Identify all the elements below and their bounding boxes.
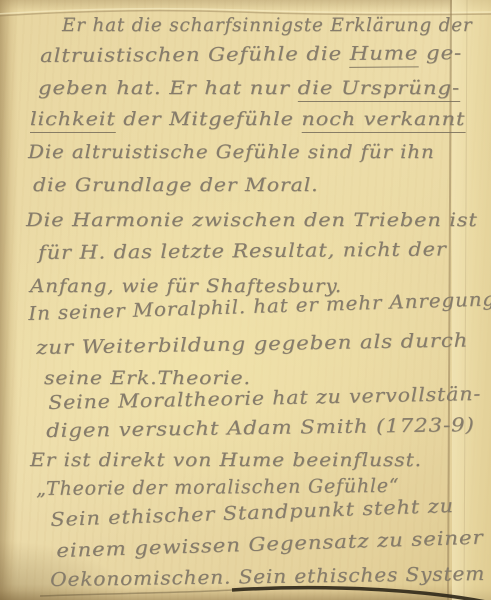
text-segment: geben hat. Er hat nur [38, 77, 298, 99]
manuscript-page: Er hat die scharfsinnigste Erklärung der… [0, 0, 491, 600]
underlined-word: lichkeit [30, 108, 116, 133]
manuscript-line-17: Sein ethischer Standpunkt steht zu [50, 495, 454, 531]
manuscript-line-2: altruistischen Gefühle die Hume ge- [40, 42, 462, 67]
text-segment: Er ist direkt von Hume beeinflusst. [30, 449, 422, 471]
paper-left-edge-shading [0, 0, 18, 600]
manuscript-line-6: die Grundlage der Moral. [33, 174, 319, 196]
manuscript-line-8: für H. das letzte Resultat, nicht der [38, 238, 447, 264]
manuscript-line-18: einem gewissen Gegensatz zu seiner [56, 527, 484, 562]
text-segment: Die altruistische Gefühle sind für ihn [28, 141, 435, 163]
text-segment: Die Harmonie zwischen den Trieben ist [26, 209, 478, 231]
text-segment: einem gewissen Gegensatz zu seiner [56, 527, 484, 562]
underlined-word: Hume [350, 42, 419, 67]
text-segment: der Mitgefühle [116, 108, 302, 130]
manuscript-line-7: Die Harmonie zwischen den Trieben ist [26, 209, 478, 231]
manuscript-line-11: zur Weiterbildung gegeben als durch [36, 329, 468, 359]
text-segment: ge- [418, 42, 462, 64]
text-segment: Er hat die scharfsinnigste Erklärung der [62, 14, 472, 36]
manuscript-line-5: Die altruistische Gefühle sind für ihn [28, 141, 435, 163]
manuscript-line-12: seine Erk.Theorie. [44, 367, 251, 389]
text-segment: für H. das letzte Resultat, nicht der [38, 238, 447, 264]
underlined-word: noch verkannt [301, 108, 465, 133]
manuscript-line-1: Er hat die scharfsinnigste Erklärung der [62, 14, 472, 36]
text-segment: seine Erk.Theorie. [44, 367, 251, 389]
text-segment: die Grundlage der Moral. [33, 174, 319, 196]
text-segment: altruistischen Gefühle die [40, 43, 350, 67]
text-segment: digen versucht Adam Smith (1723-9) [46, 414, 475, 442]
paper-top-edge-shading [0, 0, 491, 11]
manuscript-line-3: geben hat. Er hat nur die Ursprüng- [38, 77, 460, 99]
text-segment: Sein ethischer Standpunkt steht zu [50, 495, 454, 531]
text-segment: „Theorie der moralischen Gefühle“ [36, 475, 399, 500]
underlined-word: die Ursprüng- [298, 77, 460, 102]
manuscript-line-4: lichkeit der Mitgefühle noch verkannt [30, 108, 465, 130]
text-segment: zur Weiterbildung gegeben als durch [36, 329, 468, 359]
manuscript-line-16: „Theorie der moralischen Gefühle“ [36, 475, 399, 500]
manuscript-line-14: digen versucht Adam Smith (1723-9) [46, 414, 475, 442]
manuscript-line-15: Er ist direkt von Hume beeinflusst. [30, 449, 422, 471]
